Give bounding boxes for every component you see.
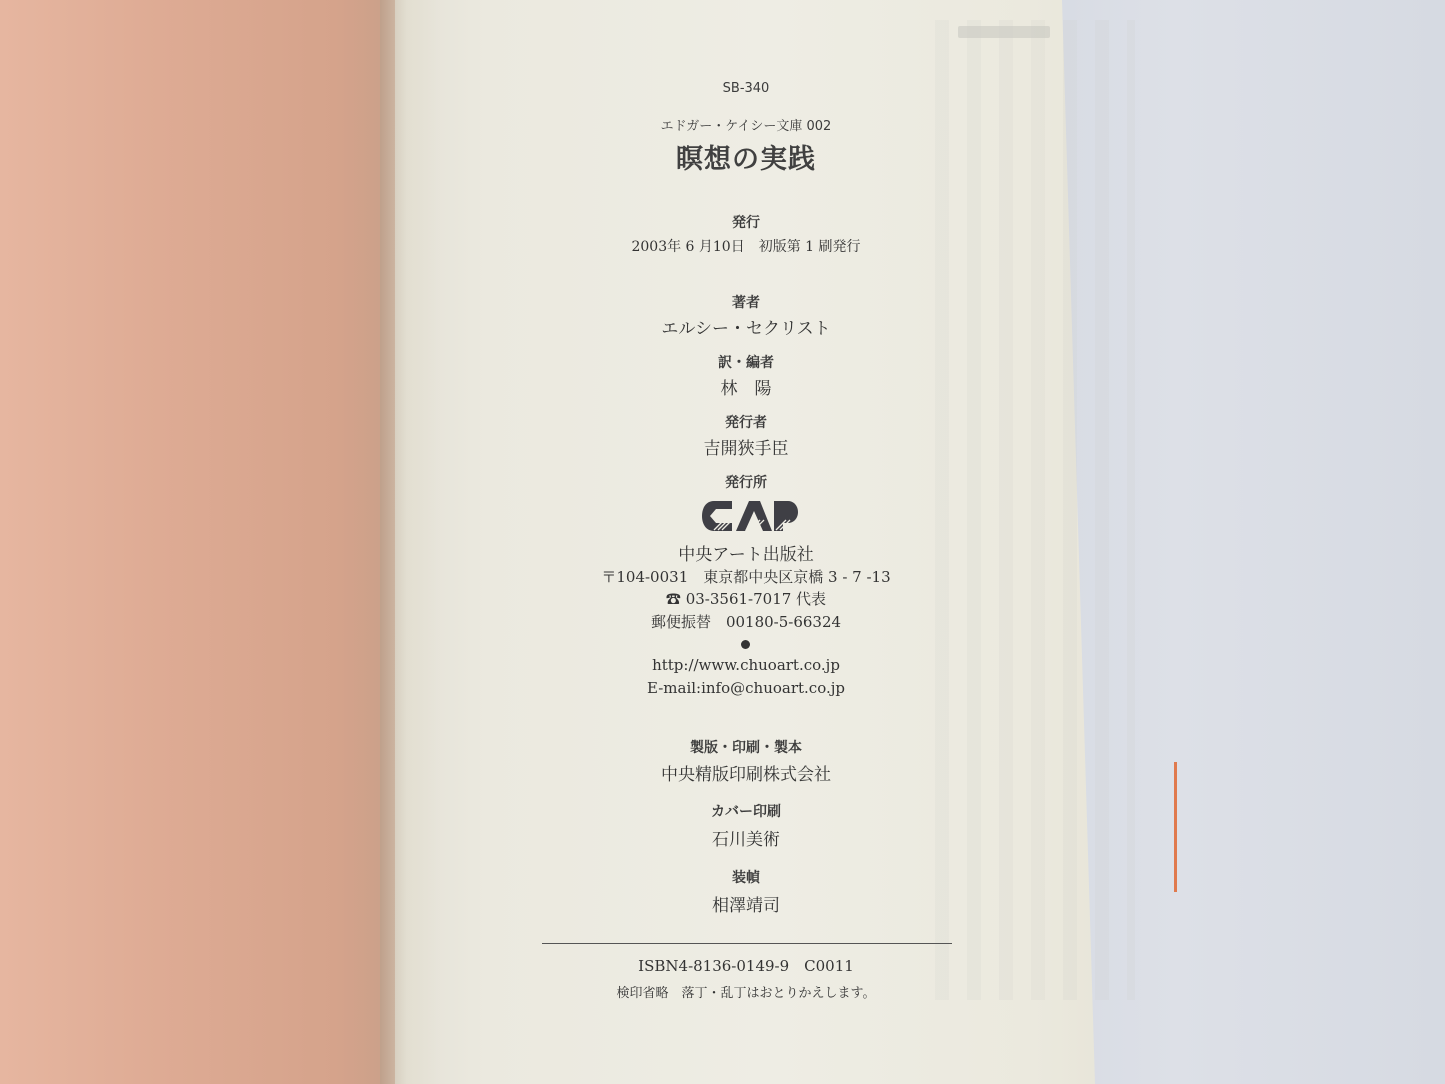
show-through-text (935, 20, 1135, 1000)
designer-name: 相澤靖司 (540, 891, 952, 916)
author-name: エルシー・セクリスト (540, 314, 952, 339)
cover-printing-label: カバー印刷 (540, 801, 952, 821)
catalog-code: SB-340 (540, 81, 952, 96)
publisher-email: E-mail:info@chuoart.co.jp (540, 679, 952, 697)
author-label: 著者 (540, 292, 952, 312)
publication-date: 2003年 6 月10日 初版第 1 刷発行 (540, 236, 952, 256)
publication-label: 発行 (540, 212, 952, 232)
photo-scene: SB-340 エドガー・ケイシー文庫 002 瞑想の実践 発行 2003年 6 … (0, 0, 1445, 1084)
cover-edge-orange (1174, 762, 1177, 892)
notice: 検印省略 落丁・乱丁はおとりかえします。 (540, 982, 952, 1001)
inside-cover-left (0, 0, 395, 1084)
telephone-icon: ☎ (666, 590, 681, 608)
publisher-phone: 03-3561-7017 代表 (686, 590, 826, 608)
translator-name: 林 陽 (540, 374, 952, 399)
bullet-dot-icon (741, 640, 750, 649)
divider-rule (542, 943, 952, 944)
publisher-url: http://www.chuoart.co.jp (540, 656, 952, 674)
publisher-phone-row: ☎ 03-3561-7017 代表 (540, 588, 952, 609)
translator-label: 訳・編者 (540, 352, 952, 372)
design-label: 装幀 (540, 867, 952, 887)
postal-transfer: 郵便振替 00180-5-66324 (540, 611, 952, 632)
cap-logo-icon (702, 499, 798, 533)
isbn: ISBN4-8136-0149-9 C0011 (540, 955, 952, 976)
series-name: エドガー・ケイシー文庫 002 (540, 115, 952, 134)
publisher-house-name: 中央アート出版社 (540, 540, 952, 565)
colophon: SB-340 エドガー・ケイシー文庫 002 瞑想の実践 発行 2003年 6 … (540, 0, 952, 1084)
publisher-person-name: 吉開狹手臣 (540, 434, 952, 459)
printing-company: 中央精版印刷株式会社 (540, 760, 952, 785)
gutter-shadow (380, 0, 440, 1084)
publisher-address: 〒104-0031 東京都中央区京橋 3 - 7 -13 (540, 566, 952, 587)
cover-printing-company: 石川美術 (540, 825, 952, 850)
printing-label: 製版・印刷・製本 (540, 737, 952, 757)
book-title: 瞑想の実践 (540, 137, 952, 176)
publisher-person-label: 発行者 (540, 412, 952, 432)
publisher-house-label: 発行所 (540, 472, 952, 492)
